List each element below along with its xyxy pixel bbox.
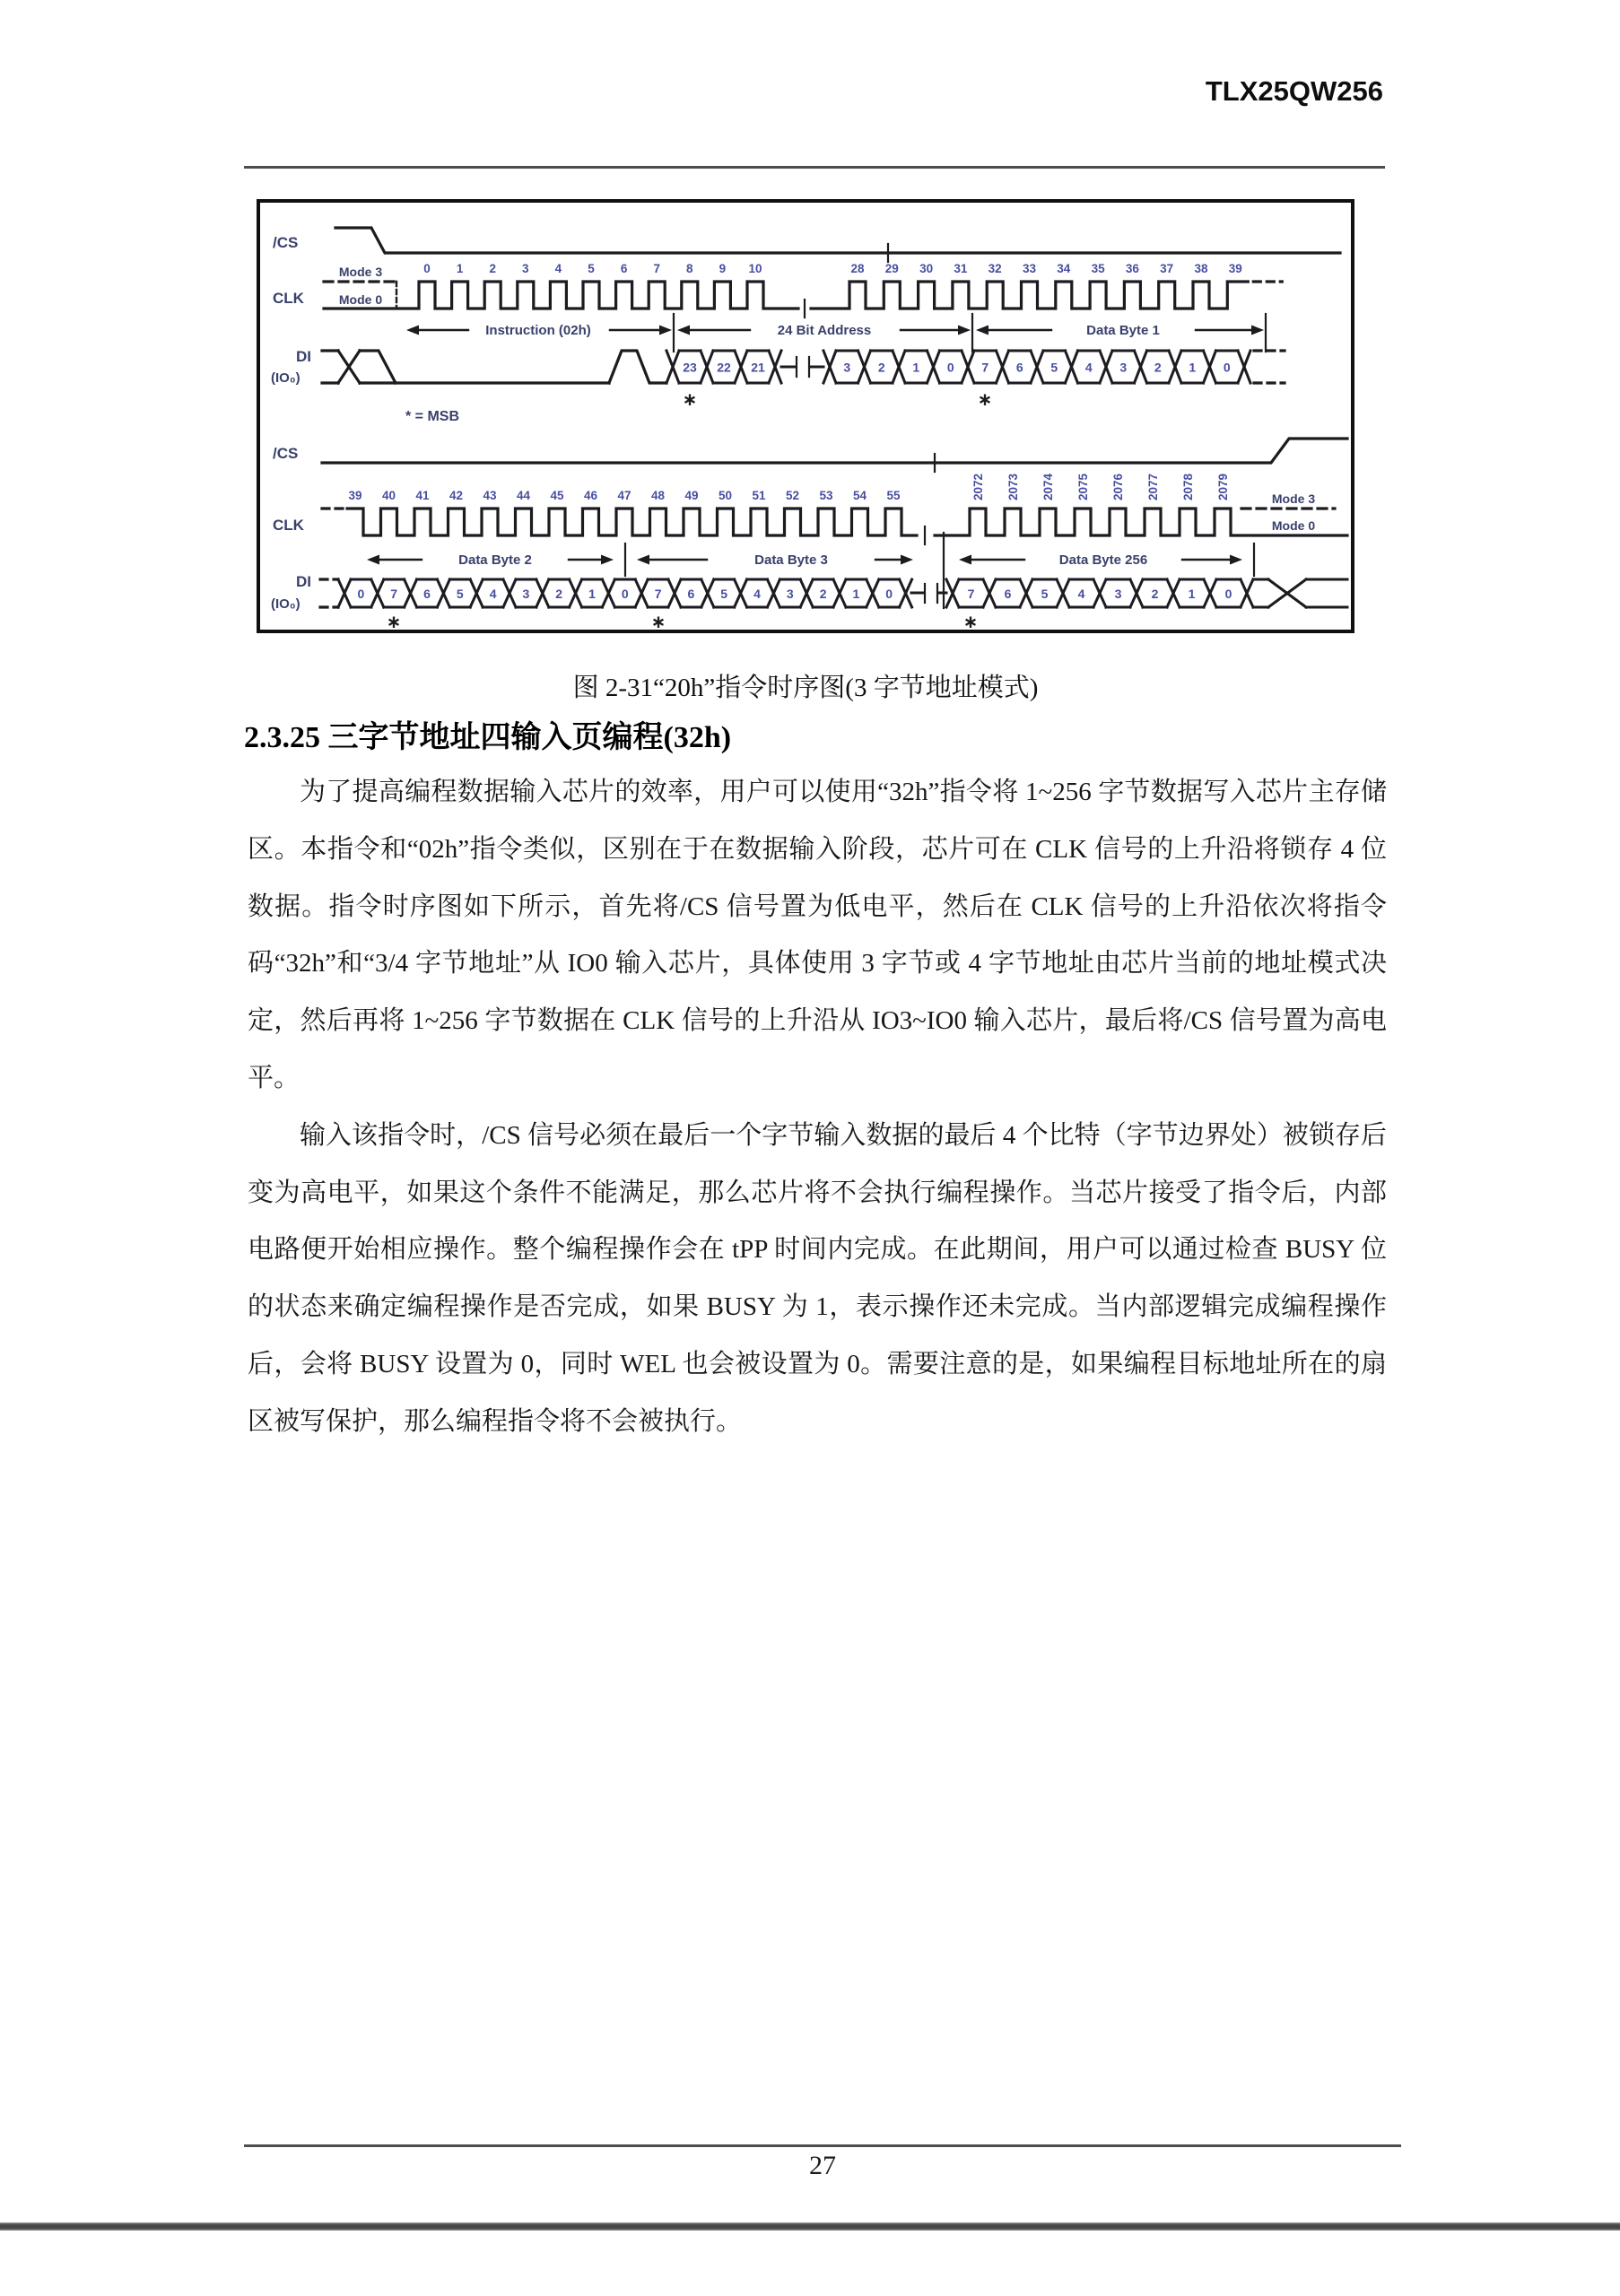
svg-text:2076: 2076 — [1111, 473, 1125, 500]
svg-text:3: 3 — [843, 361, 850, 375]
svg-text:/CS: /CS — [273, 234, 298, 251]
svg-text:0: 0 — [885, 587, 893, 601]
svg-text:Data Byte 256: Data Byte 256 — [1059, 552, 1147, 568]
svg-text:2077: 2077 — [1146, 474, 1160, 500]
svg-text:6: 6 — [688, 587, 695, 601]
doc-header-title: TLX25QW256 — [1206, 75, 1383, 108]
svg-text:7: 7 — [981, 361, 989, 375]
svg-text:36: 36 — [1126, 262, 1140, 275]
svg-text:37: 37 — [1160, 262, 1173, 275]
svg-text:54: 54 — [853, 489, 867, 502]
svg-text:23: 23 — [683, 361, 697, 375]
svg-text:6: 6 — [1016, 361, 1023, 375]
svg-text:2: 2 — [878, 361, 885, 375]
svg-text:Mode 3: Mode 3 — [1272, 491, 1315, 506]
svg-text:2: 2 — [1154, 361, 1162, 375]
svg-text:2078: 2078 — [1181, 473, 1195, 500]
section-heading: 2.3.25 三字节地址四输入页编程(32h) — [244, 712, 1392, 756]
svg-text:21: 21 — [751, 361, 765, 375]
svg-text:40: 40 — [382, 489, 396, 502]
svg-text:1: 1 — [1189, 587, 1196, 601]
svg-text:5: 5 — [1050, 361, 1058, 375]
svg-text:47: 47 — [617, 489, 631, 502]
svg-text:30: 30 — [919, 262, 933, 275]
svg-text:52: 52 — [786, 489, 799, 502]
svg-text:53: 53 — [819, 489, 833, 502]
svg-text:28: 28 — [850, 262, 865, 275]
svg-text:6: 6 — [621, 262, 628, 275]
svg-text:32: 32 — [989, 262, 1002, 275]
body-paragraph: 为了提高编程数据输入芯片的效率，用户可以使用“32h”指令将 1~256 字节数… — [248, 764, 1387, 1108]
svg-text:CLK: CLK — [273, 517, 305, 534]
svg-text:DI: DI — [296, 573, 311, 590]
page-number: 27 — [244, 2151, 1401, 2181]
svg-text:0: 0 — [1224, 361, 1231, 375]
svg-text:5: 5 — [457, 587, 464, 601]
svg-text:5: 5 — [588, 262, 595, 275]
svg-text:7: 7 — [655, 587, 662, 601]
svg-text:(IO₀): (IO₀) — [271, 596, 300, 612]
svg-text:∗: ∗ — [978, 390, 993, 410]
svg-text:41: 41 — [415, 489, 430, 502]
svg-text:4: 4 — [1085, 361, 1093, 375]
svg-text:3: 3 — [523, 587, 530, 601]
section-body: 为了提高编程数据输入芯片的效率，用户可以使用“32h”指令将 1~256 字节数… — [248, 764, 1387, 1451]
footer-rule — [244, 2144, 1401, 2147]
svg-text:2074: 2074 — [1041, 473, 1055, 500]
svg-text:55: 55 — [886, 489, 901, 502]
svg-text:34: 34 — [1057, 262, 1071, 275]
header-rule — [244, 166, 1385, 169]
svg-text:7: 7 — [968, 587, 975, 601]
svg-text:1: 1 — [457, 262, 464, 275]
svg-text:* = MSB: * = MSB — [405, 409, 459, 424]
svg-text:∗: ∗ — [651, 613, 666, 630]
svg-text:24 Bit Address: 24 Bit Address — [778, 323, 871, 338]
svg-text:38: 38 — [1194, 262, 1208, 275]
svg-text:Data Byte 2: Data Byte 2 — [458, 552, 532, 568]
svg-text:(IO₀): (IO₀) — [271, 370, 300, 386]
svg-text:39: 39 — [348, 489, 361, 502]
svg-text:3: 3 — [522, 262, 529, 275]
page-separator-bar — [0, 2222, 1620, 2231]
svg-text:1: 1 — [588, 587, 596, 601]
svg-text:8: 8 — [686, 262, 693, 275]
svg-text:5: 5 — [720, 587, 727, 601]
svg-text:46: 46 — [584, 489, 598, 502]
svg-text:2073: 2073 — [1006, 473, 1020, 500]
svg-text:42: 42 — [449, 489, 463, 502]
svg-text:0: 0 — [423, 262, 431, 275]
svg-text:CLK: CLK — [273, 290, 305, 307]
svg-text:1: 1 — [1189, 361, 1196, 375]
svg-text:DI: DI — [296, 348, 311, 365]
svg-text:0: 0 — [358, 587, 365, 601]
svg-text:3: 3 — [1115, 587, 1122, 601]
svg-text:2: 2 — [820, 587, 827, 601]
svg-text:2072: 2072 — [971, 474, 985, 500]
svg-text:7: 7 — [653, 262, 660, 275]
svg-text:45: 45 — [550, 489, 564, 502]
svg-text:2079: 2079 — [1216, 474, 1230, 500]
svg-text:0: 0 — [947, 361, 954, 375]
svg-text:44: 44 — [517, 489, 531, 502]
svg-text:10: 10 — [748, 262, 762, 275]
timing-diagram: /CSCLKMode 3Mode 00123456789102829303132… — [260, 203, 1351, 630]
svg-text:43: 43 — [483, 489, 497, 502]
svg-text:Data Byte 1: Data Byte 1 — [1086, 323, 1160, 338]
svg-text:31: 31 — [954, 262, 968, 275]
svg-text:1: 1 — [853, 587, 860, 601]
svg-text:5: 5 — [1041, 587, 1049, 601]
svg-text:∗: ∗ — [963, 613, 979, 630]
svg-text:2: 2 — [555, 587, 562, 601]
svg-text:0: 0 — [1225, 587, 1232, 601]
timing-diagram-figure: /CSCLKMode 3Mode 00123456789102829303132… — [257, 199, 1354, 633]
svg-text:7: 7 — [390, 587, 397, 601]
svg-text:6: 6 — [1005, 587, 1012, 601]
svg-text:50: 50 — [719, 489, 732, 502]
svg-text:4: 4 — [555, 262, 562, 275]
svg-text:48: 48 — [651, 489, 666, 502]
svg-text:2: 2 — [1152, 587, 1159, 601]
figure-caption: 图 2-31“20h”指令时序图(3 字节地址模式) — [257, 667, 1354, 704]
svg-text:3: 3 — [787, 587, 794, 601]
svg-text:Mode 0: Mode 0 — [339, 292, 382, 307]
svg-text:51: 51 — [752, 489, 766, 502]
svg-text:49: 49 — [684, 489, 698, 502]
svg-text:∗: ∗ — [387, 613, 402, 630]
svg-text:29: 29 — [885, 262, 899, 275]
svg-text:39: 39 — [1229, 262, 1242, 275]
svg-text:6: 6 — [423, 587, 431, 601]
svg-text:35: 35 — [1092, 262, 1106, 275]
svg-text:2: 2 — [489, 262, 496, 275]
svg-text:1: 1 — [912, 361, 919, 375]
svg-text:0: 0 — [622, 587, 629, 601]
svg-text:∗: ∗ — [683, 390, 698, 410]
svg-text:33: 33 — [1023, 262, 1037, 275]
svg-text:2075: 2075 — [1076, 473, 1090, 500]
svg-text:Mode 3: Mode 3 — [339, 265, 382, 279]
svg-text:4: 4 — [753, 587, 761, 601]
body-paragraph: 输入该指令时，/CS 信号必须在最后一个字节输入数据的最后 4 个比特（字节边界… — [248, 1108, 1387, 1451]
svg-text:4: 4 — [1078, 587, 1085, 601]
svg-text:3: 3 — [1119, 361, 1127, 375]
svg-text:9: 9 — [719, 262, 727, 275]
svg-text:Instruction (02h): Instruction (02h) — [485, 323, 591, 338]
svg-text:22: 22 — [717, 361, 731, 375]
svg-text:4: 4 — [490, 587, 497, 601]
svg-text:Data Byte 3: Data Byte 3 — [754, 552, 828, 568]
document-page: TLX25QW256 /CSCLKMode 3Mode 001234567891… — [0, 0, 1620, 2296]
svg-text:/CS: /CS — [273, 445, 298, 462]
svg-text:Mode 0: Mode 0 — [1272, 518, 1315, 533]
